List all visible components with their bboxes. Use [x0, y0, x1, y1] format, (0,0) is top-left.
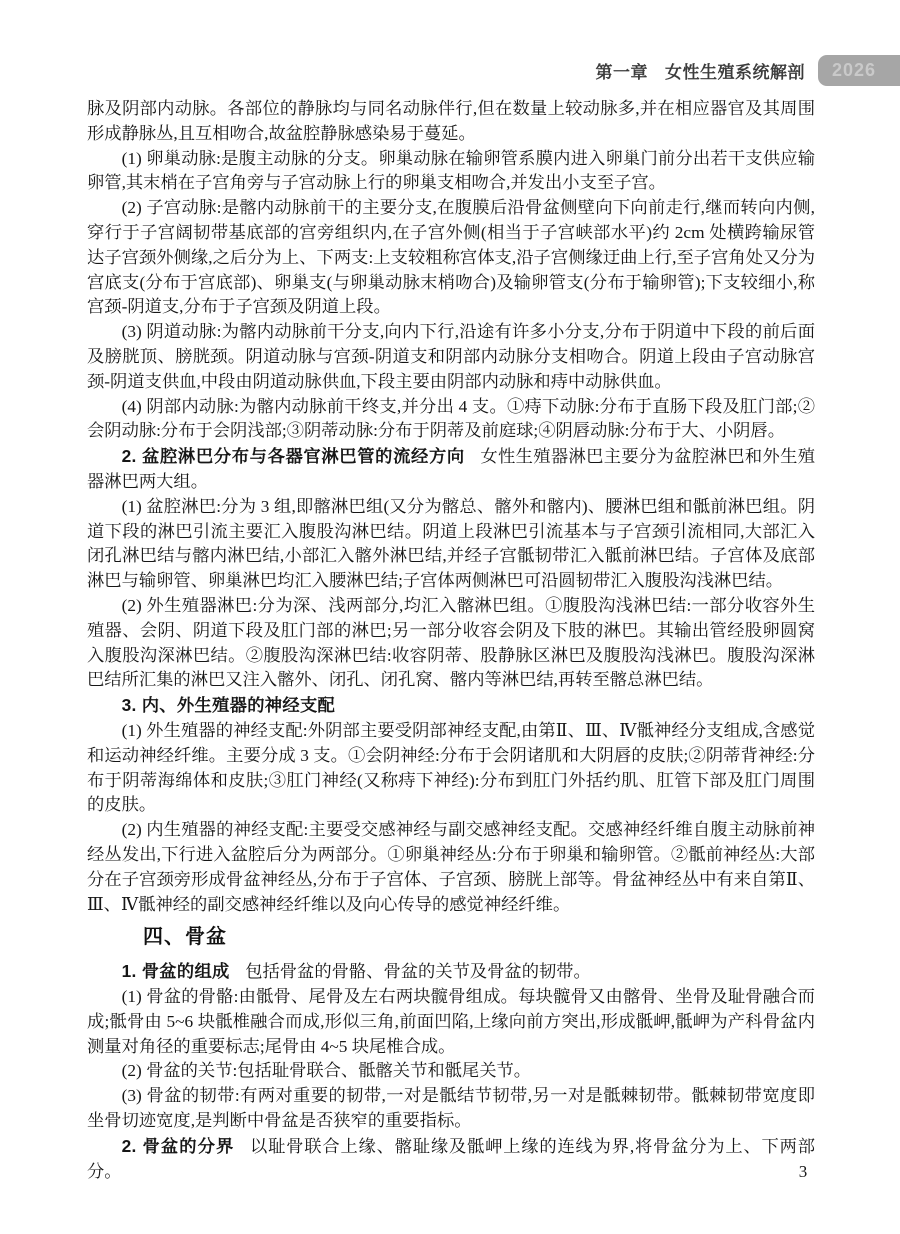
- continuation: 脉及阴部内动脉。各部位的静脉均与同名动脉伴行,但在数量上较动脉多,并在相应器官及…: [87, 97, 815, 147]
- numbered-heading: 2. 骨盆的分界以耻骨联合上缘、髂耻缘及骶岬上缘的连线为界,将骨盆分为上、下两部…: [87, 1134, 815, 1185]
- paragraph: (1) 外生殖器的神经支配:外阴部主要受阴部神经支配,由第Ⅱ、Ⅲ、Ⅳ骶神经分支组…: [87, 719, 815, 818]
- paragraph: (1) 盆腔淋巴:分为 3 组,即髂淋巴组(又分为髂总、髂外和髂内)、腰淋巴组和…: [87, 495, 815, 594]
- numbered-heading: 3. 内、外生殖器的神经支配: [87, 693, 815, 719]
- paragraph: (2) 内生殖器的神经支配:主要受交感神经与副交感神经支配。交感神经纤维自腹主动…: [87, 818, 815, 917]
- page-number: 3: [792, 1162, 814, 1182]
- bold-lead: 2. 骨盆的分界: [122, 1136, 235, 1156]
- year-badge: 2026: [818, 55, 900, 86]
- chapter-label: 第一章: [596, 58, 649, 83]
- paragraph: (4) 阴部内动脉:为髂内动脉前干终支,并分出 4 支。①痔下动脉:分布于直肠下…: [87, 395, 815, 445]
- paragraph: (2) 外生殖器淋巴:分为深、浅两部分,均汇入髂淋巴组。①腹股沟浅淋巴结:一部分…: [87, 594, 815, 693]
- bold-lead: 2. 盆腔淋巴分布与各器官淋巴管的流经方向: [122, 446, 465, 466]
- bold-lead: 3. 内、外生殖器的神经支配: [122, 695, 336, 715]
- content-area: 脉及阴部内动脉。各部位的静脉均与同名动脉伴行,但在数量上较动脉多,并在相应器官及…: [87, 97, 815, 1184]
- bold-lead: 1. 骨盆的组成: [122, 961, 230, 981]
- chapter-title: 女性生殖系统解剖: [665, 58, 805, 83]
- paragraph: (2) 骨盆的关节:包括耻骨联合、骶髂关节和骶尾关节。: [87, 1059, 815, 1084]
- textbook-page: 第一章 女性生殖系统解剖 2026 脉及阴部内动脉。各部位的静脉均与同名动脉伴行…: [0, 0, 900, 1234]
- paragraph: (3) 骨盆的韧带:有两对重要的韧带,一对是骶结节韧带,另一对是骶棘韧带。骶棘韧…: [87, 1084, 815, 1134]
- numbered-heading: 2. 盆腔淋巴分布与各器官淋巴管的流经方向女性生殖器淋巴主要分为盆腔淋巴和外生殖…: [87, 444, 815, 495]
- paragraph: (2) 子宫动脉:是髂内动脉前干的主要分支,在腹膜后沿骨盆侧壁向下向前走行,继而…: [87, 196, 815, 320]
- page-header: 第一章 女性生殖系统解剖 2026: [0, 54, 900, 86]
- section-heading: 四、骨盆: [143, 923, 815, 951]
- paragraph: (3) 阴道动脉:为髂内动脉前干分支,向内下行,沿途有许多小分支,分布于阴道中下…: [87, 320, 815, 394]
- paragraph: (1) 骨盆的骨骼:由骶骨、尾骨及左右两块髋骨组成。每块髋骨又由髂骨、坐骨及耻骨…: [87, 985, 815, 1059]
- paragraph: (1) 卵巢动脉:是腹主动脉的分支。卵巢动脉在输卵管系膜内进入卵巢门前分出若干支…: [87, 147, 815, 197]
- numbered-heading: 1. 骨盆的组成包括骨盆的骨骼、骨盆的关节及骨盆的韧带。: [87, 959, 815, 985]
